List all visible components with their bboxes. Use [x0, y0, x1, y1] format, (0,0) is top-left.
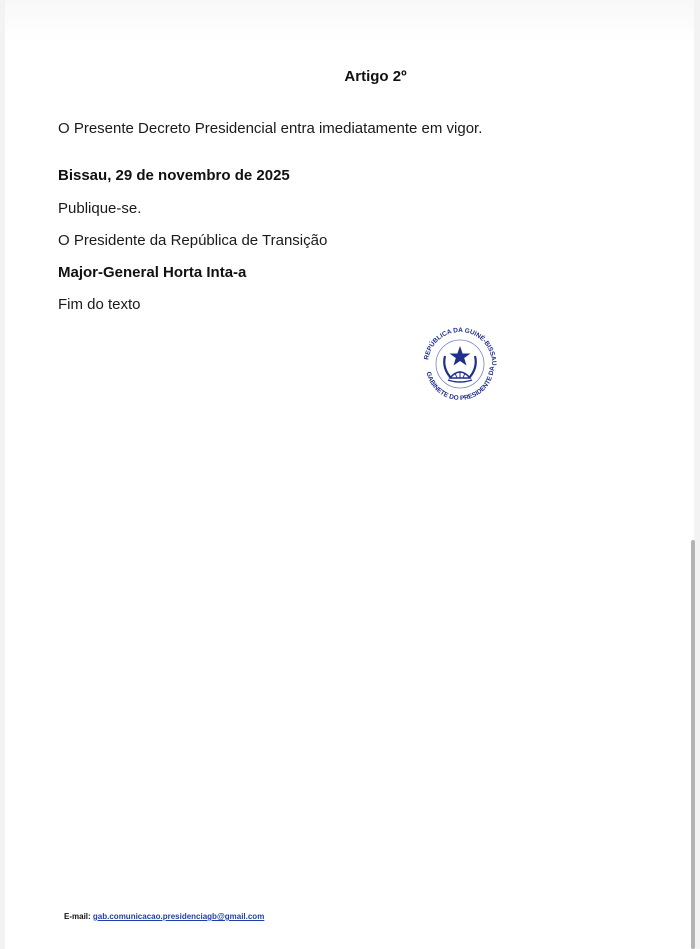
end-note: Fim do texto	[58, 296, 141, 313]
email-link[interactable]: gab.comunicacao.presidenciagb@gmail.com	[93, 912, 264, 921]
decree-paragraph: O Presente Decreto Presidencial entra im…	[58, 120, 482, 137]
place-date: Bissau, 29 de novembro de 2025	[58, 167, 290, 184]
publish-line: Publique-se.	[58, 200, 141, 217]
vertical-scrollbar[interactable]	[690, 0, 696, 949]
document-page: Artigo 2º O Presente Decreto Presidencia…	[5, 0, 694, 949]
page-top-shadow	[5, 0, 694, 40]
page-footer: E-mail: gab.comunicacao.presidenciagb@gm…	[64, 912, 264, 921]
signatory-title: O Presidente da República de Transição	[58, 232, 327, 249]
email-label: E-mail:	[64, 912, 91, 921]
signatory-name: Major-General Horta Inta-a	[58, 264, 246, 281]
article-heading-text: Artigo 2º	[344, 68, 406, 85]
article-heading: Artigo 2º	[5, 68, 694, 85]
scrollbar-thumb[interactable]	[691, 540, 695, 949]
presidential-seal-icon: REPÚBLICA DA GUINÉ-BISSAU GABINETE DO PR…	[418, 322, 502, 406]
